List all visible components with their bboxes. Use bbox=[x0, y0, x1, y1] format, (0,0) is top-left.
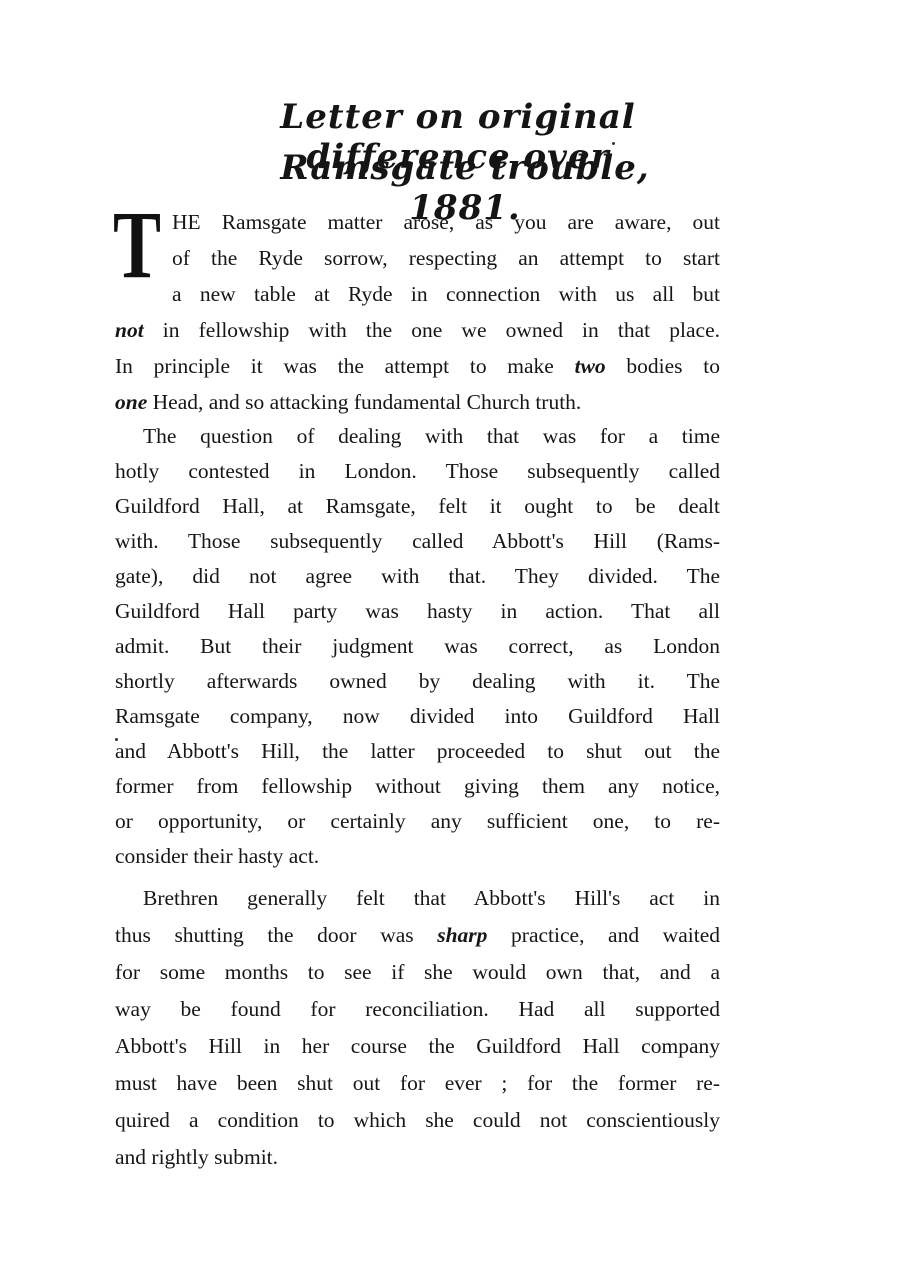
italic-word: one bbox=[115, 390, 147, 414]
italic-word: two bbox=[575, 354, 606, 378]
line-text: In principle it was the attempt to make bbox=[115, 354, 575, 378]
text-line: The question of dealing with that was fo… bbox=[143, 423, 720, 449]
text-line: or opportunity, or certainly any suffici… bbox=[115, 808, 720, 834]
text-line: and rightly submit. bbox=[115, 1144, 720, 1170]
print-speck bbox=[115, 738, 118, 741]
text-line: Guildford Hall, at Ramsgate, felt it oug… bbox=[115, 493, 720, 519]
text-line: way be found for reconciliation. Had all… bbox=[115, 996, 720, 1022]
italic-word: sharp bbox=[437, 923, 487, 947]
text-line: hotly contested in London. Those subsequ… bbox=[115, 458, 720, 484]
text-line: consider their hasty act. bbox=[115, 843, 720, 869]
text-line: gate), did not agree with that. They div… bbox=[115, 563, 720, 589]
italic-word: not bbox=[115, 318, 144, 342]
text-line: with. Those subsequently called Abbott's… bbox=[115, 528, 720, 554]
text-line: Guildford Hall party was hasty in action… bbox=[115, 598, 720, 624]
text-line: one Head, and so attacking fundamental C… bbox=[115, 389, 720, 415]
line-text: Head, and so attacking fundamental Churc… bbox=[147, 390, 581, 414]
print-speck bbox=[612, 142, 615, 145]
text-line: must have been shut out for ever ; for t… bbox=[115, 1070, 720, 1096]
text-line: quired a condition to which she could no… bbox=[115, 1107, 720, 1133]
line-text: thus shutting the door was bbox=[115, 923, 437, 947]
line-text: in fellowship with the one we owned in t… bbox=[144, 318, 720, 342]
text-line: for some months to see if she would own … bbox=[115, 959, 720, 985]
drop-cap: T bbox=[113, 207, 161, 283]
document-page: Letter on original difference over Ramsg… bbox=[0, 0, 909, 1272]
text-line: not in fellowship with the one we owned … bbox=[115, 317, 720, 343]
text-line: former from fellowship without giving th… bbox=[115, 773, 720, 799]
text-line: thus shutting the door was sharp practic… bbox=[115, 922, 720, 948]
line-text: bodies to bbox=[606, 354, 720, 378]
text-line: a new table at Ryde in connection with u… bbox=[172, 281, 720, 307]
text-line: In principle it was the attempt to make … bbox=[115, 353, 720, 379]
text-line: HE Ramsgate matter arose, as you are awa… bbox=[172, 209, 720, 235]
text-line: Brethren generally felt that Abbott's Hi… bbox=[143, 885, 720, 911]
text-line: admit. But their judgment was correct, a… bbox=[115, 633, 720, 659]
text-line: Abbott's Hill in her course the Guildfor… bbox=[115, 1033, 720, 1059]
text-line: and Abbott's Hill, the latter proceeded … bbox=[115, 738, 720, 764]
text-line: shortly afterwards owned by dealing with… bbox=[115, 668, 720, 694]
text-line: of the Ryde sorrow, respecting an attemp… bbox=[172, 245, 720, 271]
text-line: Ramsgate company, now divided into Guild… bbox=[115, 703, 720, 729]
line-text: practice, and waited bbox=[487, 923, 720, 947]
